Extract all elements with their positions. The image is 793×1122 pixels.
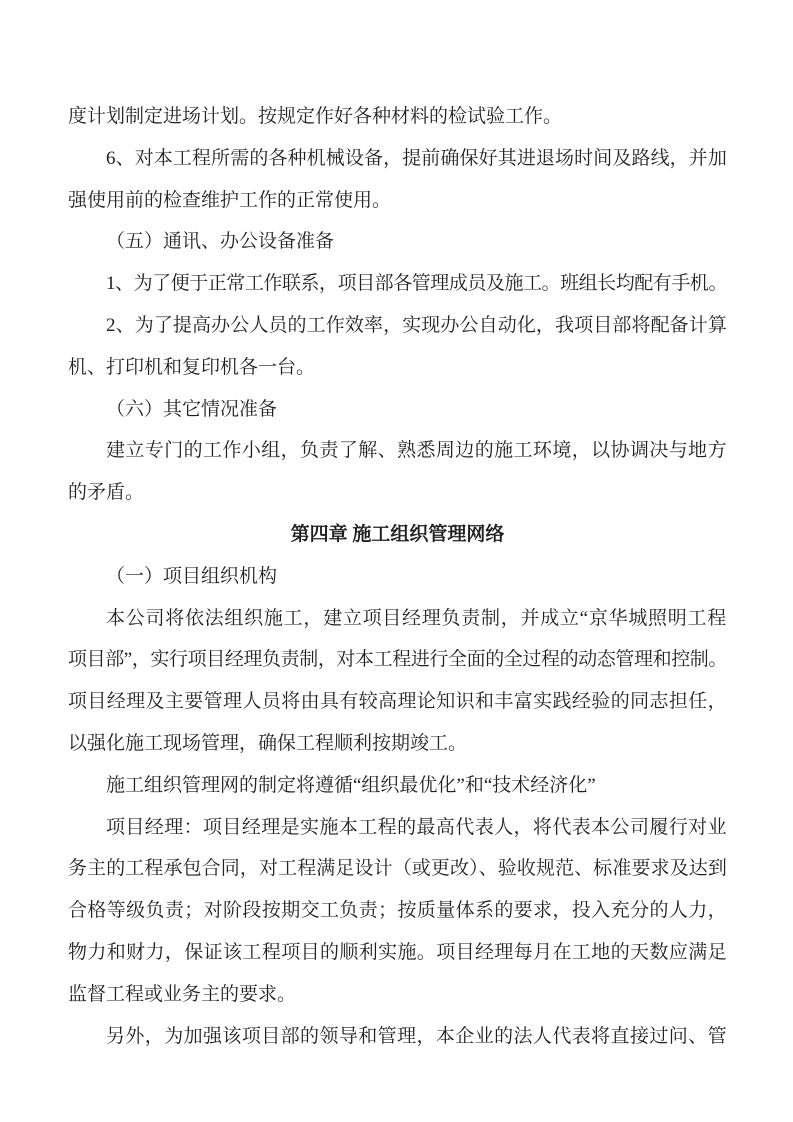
text-line-content: 以强化施工现场管理，确保工程顺利按期竣工。 <box>68 733 467 754</box>
text-line-content: 另外，为加强该项目部的领导和管理，本企业的法人代表将直接过问、管 <box>106 1026 727 1047</box>
text-line-content: 强使用前的检查维护工作的正常使用。 <box>68 190 391 211</box>
text-line-content: 第四章 施工组织管理网络 <box>291 524 505 545</box>
text-line: 的矛盾。 <box>68 472 727 514</box>
text-line-content: 本公司将依法组织施工，建立项目经理负责制，并成立“京华城照明工程 <box>106 608 727 629</box>
text-line: 项目经理：项目经理是实施本工程的最高代表人，将代表本公司履行对业 <box>68 807 727 849</box>
document-page: 度计划制定进场计划。按规定作好各种材料的检试验工作。6、对本工程所需的各种机械设… <box>0 0 793 1122</box>
text-line: 强使用前的检查维护工作的正常使用。 <box>68 180 727 222</box>
text-line: 6、对本工程所需的各种机械设备，提前确保好其进退场时间及路线，并加 <box>68 138 727 180</box>
text-line-content: 施工组织管理网的制定将遵循“组织最优化”和“技术经济化” <box>106 775 596 796</box>
text-line: （一）项目组织机构 <box>68 556 727 598</box>
text-line-content: 监督工程或业务主的要求。 <box>68 984 296 1005</box>
text-line: （六）其它情况准备 <box>68 389 727 431</box>
text-line-content: 项目经理：项目经理是实施本工程的最高代表人，将代表本公司履行对业 <box>106 817 727 838</box>
text-line: 建立专门的工作小组，负责了解、熟悉周边的施工环境，以协调决与地方 <box>68 430 727 472</box>
text-line: 项目经理及主要管理人员将由具有较高理论知识和丰富实践经验的同志担任， <box>68 681 727 723</box>
text-line: 1、为了便于正常工作联系，项目部各管理成员及施工。班组长均配有手机。 <box>68 263 727 305</box>
text-line-content: 项目经理及主要管理人员将由具有较高理论知识和丰富实践经验的同志担任， <box>68 691 727 712</box>
text-line-content: 合格等级负责；对阶段按期交工负责；按质量体系的要求，投入充分的人力， <box>68 900 727 921</box>
text-line-content: 的矛盾。 <box>68 482 144 503</box>
text-line: 另外，为加强该项目部的领导和管理，本企业的法人代表将直接过问、管 <box>68 1016 727 1058</box>
text-line-content: （五）通讯、办公设备准备 <box>106 231 334 252</box>
chapter-heading: 第四章 施工组织管理网络 <box>68 514 727 556</box>
text-line: 项目部”，实行项目经理负责制，对本工程进行全面的全过程的动态管理和控制。 <box>68 639 727 681</box>
text-line-content: 机、打印机和复印机各一台。 <box>68 357 315 378</box>
text-line: 2、为了提高办公人员的工作效率，实现办公自动化，我项目部将配备计算 <box>68 305 727 347</box>
text-line-content: 6、对本工程所需的各种机械设备，提前确保好其进退场时间及路线，并加 <box>106 148 727 169</box>
text-line: （五）通讯、办公设备准备 <box>68 221 727 263</box>
text-line-content: （一）项目组织机构 <box>106 566 277 587</box>
document-body: 度计划制定进场计划。按规定作好各种材料的检试验工作。6、对本工程所需的各种机械设… <box>68 96 727 1057</box>
text-line-content: 度计划制定进场计划。按规定作好各种材料的检试验工作。 <box>68 106 562 127</box>
text-line: 机、打印机和复印机各一台。 <box>68 347 727 389</box>
text-line-content: （六）其它情况准备 <box>106 399 277 420</box>
text-line: 施工组织管理网的制定将遵循“组织最优化”和“技术经济化” <box>68 765 727 807</box>
text-line-content: 1、为了便于正常工作联系，项目部各管理成员及施工。班组长均配有手机。 <box>106 273 727 294</box>
text-line: 务主的工程承包合同，对工程满足设计（或更改）、验收规范、标准要求及达到 <box>68 848 727 890</box>
text-line: 合格等级负责；对阶段按期交工负责；按质量体系的要求，投入充分的人力， <box>68 890 727 932</box>
text-line-content: 物力和财力，保证该工程项目的顺利实施。项目经理每月在工地的天数应满足 <box>68 942 727 963</box>
text-line: 度计划制定进场计划。按规定作好各种材料的检试验工作。 <box>68 96 727 138</box>
text-line: 监督工程或业务主的要求。 <box>68 974 727 1016</box>
text-line-content: 务主的工程承包合同，对工程满足设计（或更改）、验收规范、标准要求及达到 <box>68 858 727 879</box>
text-line: 以强化施工现场管理，确保工程顺利按期竣工。 <box>68 723 727 765</box>
text-line-content: 项目部”，实行项目经理负责制，对本工程进行全面的全过程的动态管理和控制。 <box>68 649 727 670</box>
text-line-content: 2、为了提高办公人员的工作效率，实现办公自动化，我项目部将配备计算 <box>106 315 727 336</box>
text-line: 物力和财力，保证该工程项目的顺利实施。项目经理每月在工地的天数应满足 <box>68 932 727 974</box>
text-line: 本公司将依法组织施工，建立项目经理负责制，并成立“京华城照明工程 <box>68 598 727 640</box>
text-line-content: 建立专门的工作小组，负责了解、熟悉周边的施工环境，以协调决与地方 <box>106 440 727 461</box>
